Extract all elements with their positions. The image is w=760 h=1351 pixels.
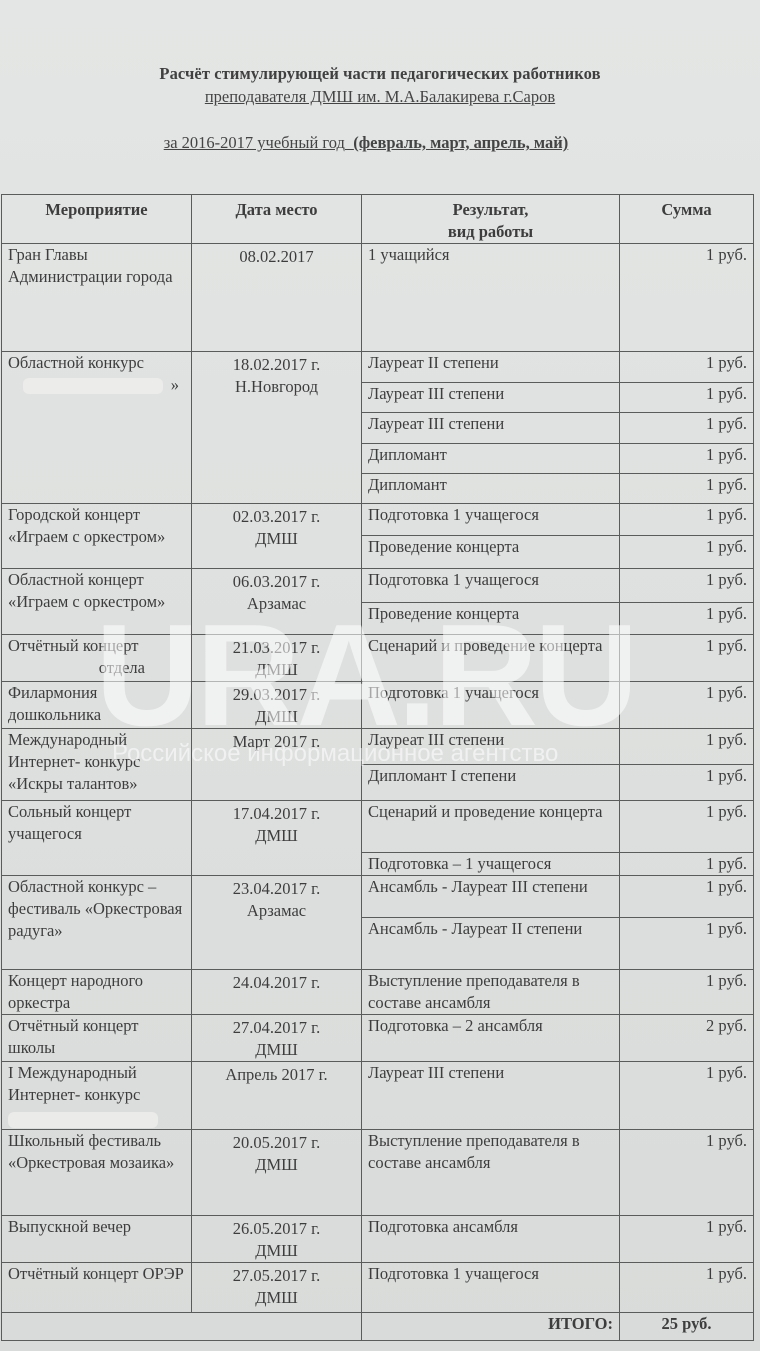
table-row: Отчётный концертотдела21.03.2017 г. ДМШС… <box>2 635 754 682</box>
date-place-cell: 20.05.2017 г. ДМШ <box>192 1130 362 1216</box>
table-header-row: Мероприятие Дата место Результат, вид ра… <box>2 195 754 244</box>
result-cell: Проведение концерта <box>362 603 620 635</box>
event-cell: Выпускной вечер <box>2 1216 192 1263</box>
result-cell: Ансамбль - Лауреат II степени <box>362 918 620 970</box>
result-cell: Подготовка ансамбля <box>362 1216 620 1263</box>
table-row: Городской концерт «Играем с оркестром»02… <box>2 504 754 536</box>
column-header-result: Результат, вид работы <box>362 195 620 244</box>
event-cell: Международный Интернет- конкурс «Искры т… <box>2 729 192 801</box>
date-place-cell: 02.03.2017 г. ДМШ <box>192 504 362 569</box>
column-header-date: Дата место <box>192 195 362 244</box>
sum-cell: 1 руб. <box>620 1130 754 1216</box>
table-row: Областной конкурс»18.02.2017 г. Н.Новгор… <box>2 352 754 383</box>
sum-cell: 1 руб. <box>620 504 754 536</box>
sum-cell: 2 руб. <box>620 1015 754 1062</box>
event-cell: Филармония дошкольника <box>2 682 192 729</box>
date-place-cell: 24.04.2017 г. <box>192 970 362 1015</box>
document-period: за 2016-2017 учебный год (февраль, март,… <box>0 133 746 153</box>
date-place-cell: 23.04.2017 г. Арзамас <box>192 876 362 970</box>
result-cell: Лауреат III степени <box>362 413 620 444</box>
document-title: Расчёт стимулирующей части педагогически… <box>0 64 760 84</box>
sum-cell: 1 руб. <box>620 383 754 413</box>
table-row: Областной конкурс – фестиваль «Оркестров… <box>2 876 754 918</box>
result-cell: Сценарий и проведение концерта <box>362 635 620 682</box>
total-value: 25 руб. <box>620 1313 754 1341</box>
date-place-cell: 29.03.2017 г. ДМШ <box>192 682 362 729</box>
result-cell: Лауреат III степени <box>362 729 620 765</box>
redacted-text <box>23 378 163 394</box>
result-cell: Сценарий и проведение концерта <box>362 801 620 853</box>
column-header-event: Мероприятие <box>2 195 192 244</box>
result-cell: Дипломант <box>362 444 620 474</box>
date-place-cell: 26.05.2017 г. ДМШ <box>192 1216 362 1263</box>
stimulus-table: Мероприятие Дата место Результат, вид ра… <box>1 194 754 1341</box>
table-row: Гран Главы Администрации города08.02.201… <box>2 244 754 352</box>
event-cell: Отчётный концертотдела <box>2 635 192 682</box>
event-cell: Школьный фестиваль «Оркестровая мозаика» <box>2 1130 192 1216</box>
sum-cell: 1 руб. <box>620 603 754 635</box>
sum-cell: 1 руб. <box>620 729 754 765</box>
date-place-cell: 18.02.2017 г. Н.Новгород <box>192 352 362 504</box>
table-row: Филармония дошкольника29.03.2017 г. ДМШП… <box>2 682 754 729</box>
event-cell: Концерт народного оркестра <box>2 970 192 1015</box>
event-cell: Областной концерт «Играем с оркестром» <box>2 569 192 635</box>
event-cell: Отчётный концерт школы <box>2 1015 192 1062</box>
redacted-text <box>8 1112 158 1128</box>
event-cell: Сольный концерт учащегося <box>2 801 192 876</box>
table-row: Выпускной вечер26.05.2017 г. ДМШПодготов… <box>2 1216 754 1263</box>
period-prefix: за 2016-2017 учебный год <box>164 133 345 152</box>
sum-cell: 1 руб. <box>620 1216 754 1263</box>
table-row: Отчётный концерт школы27.04.2017 г. ДМШП… <box>2 1015 754 1062</box>
table-row: Концерт народного оркестра24.04.2017 г.В… <box>2 970 754 1015</box>
table-row: Международный Интернет- конкурс «Искры т… <box>2 729 754 765</box>
sum-cell: 1 руб. <box>620 801 754 853</box>
sum-cell: 1 руб. <box>620 1062 754 1130</box>
result-cell: Лауреат II степени <box>362 352 620 383</box>
table-row: Отчётный концерт ОРЭР27.05.2017 г. ДМШПо… <box>2 1263 754 1313</box>
sum-cell: 1 руб. <box>620 970 754 1015</box>
date-place-cell: Апрель 2017 г. <box>192 1062 362 1130</box>
table-row: Областной концерт «Играем с оркестром»06… <box>2 569 754 603</box>
date-place-cell: 17.04.2017 г. ДМШ <box>192 801 362 876</box>
sum-cell: 1 руб. <box>620 569 754 603</box>
sum-cell: 1 руб. <box>620 876 754 918</box>
result-cell: 1 учащийся <box>362 244 620 352</box>
document-subtitle: преподавателя ДМШ им. М.А.Балакирева г.С… <box>0 87 760 107</box>
result-cell: Подготовка – 1 учащегося <box>362 853 620 876</box>
event-cell: Областной конкурс» <box>2 352 192 504</box>
total-row: ИТОГО:25 руб. <box>2 1313 754 1341</box>
column-header-sum: Сумма <box>620 195 754 244</box>
result-cell: Подготовка 1 учащегося <box>362 504 620 536</box>
result-cell: Подготовка 1 учащегося <box>362 569 620 603</box>
date-place-cell: 27.04.2017 г. ДМШ <box>192 1015 362 1062</box>
total-label: ИТОГО: <box>362 1313 620 1341</box>
date-place-cell: 21.03.2017 г. ДМШ <box>192 635 362 682</box>
event-cell: Городской концерт «Играем с оркестром» <box>2 504 192 569</box>
table-body: Гран Главы Администрации города08.02.201… <box>2 244 754 1341</box>
table-row: I Международный Интернет- конкурсАпрель … <box>2 1062 754 1130</box>
result-cell: Проведение концерта <box>362 536 620 569</box>
table-row: Сольный концерт учащегося17.04.2017 г. Д… <box>2 801 754 853</box>
sum-cell: 1 руб. <box>620 765 754 801</box>
date-place-cell: Март 2017 г. <box>192 729 362 801</box>
sum-cell: 1 руб. <box>620 413 754 444</box>
date-place-cell: 27.05.2017 г. ДМШ <box>192 1263 362 1313</box>
sum-cell: 1 руб. <box>620 682 754 729</box>
result-cell: Выступление преподавателя в составе анса… <box>362 1130 620 1216</box>
result-cell: Дипломант <box>362 474 620 504</box>
sum-cell: 1 руб. <box>620 536 754 569</box>
sum-cell: 1 руб. <box>620 352 754 383</box>
sum-cell: 1 руб. <box>620 244 754 352</box>
event-cell: Областной конкурс – фестиваль «Оркестров… <box>2 876 192 970</box>
result-cell: Выступление преподавателя в составе анса… <box>362 970 620 1015</box>
sum-cell: 1 руб. <box>620 635 754 682</box>
sum-cell: 1 руб. <box>620 1263 754 1313</box>
result-cell: Подготовка 1 учащегося <box>362 1263 620 1313</box>
sum-cell: 1 руб. <box>620 474 754 504</box>
result-cell: Дипломант I степени <box>362 765 620 801</box>
result-cell: Ансамбль - Лауреат III степени <box>362 876 620 918</box>
date-place-cell: 08.02.2017 <box>192 244 362 352</box>
result-cell: Подготовка 1 учащегося <box>362 682 620 729</box>
date-place-cell: 06.03.2017 г. Арзамас <box>192 569 362 635</box>
event-cell: Гран Главы Администрации города <box>2 244 192 352</box>
result-cell: Лауреат III степени <box>362 1062 620 1130</box>
result-cell: Лауреат III степени <box>362 383 620 413</box>
result-cell: Подготовка – 2 ансамбля <box>362 1015 620 1062</box>
sum-cell: 1 руб. <box>620 918 754 970</box>
event-cell: I Международный Интернет- конкурс <box>2 1062 192 1130</box>
table-row: Школьный фестиваль «Оркестровая мозаика»… <box>2 1130 754 1216</box>
period-months: (февраль, март, апрель, май) <box>353 133 568 152</box>
sum-cell: 1 руб. <box>620 853 754 876</box>
sum-cell: 1 руб. <box>620 444 754 474</box>
event-cell: Отчётный концерт ОРЭР <box>2 1263 192 1313</box>
